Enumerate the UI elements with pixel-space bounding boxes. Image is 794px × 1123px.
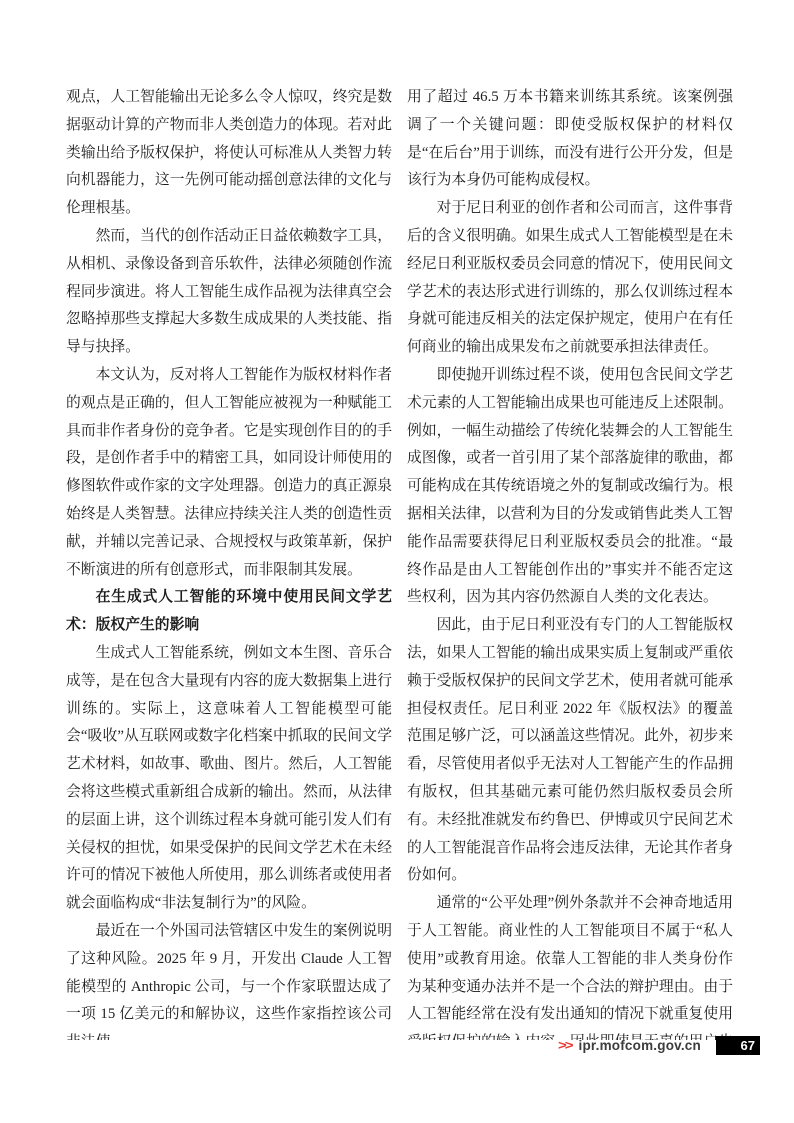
page-number-badge: 67 [716,1036,760,1055]
paragraph: 然而，当代的创作活动正日益依赖数字工具，从相机、录像设备到音乐软件，法律必须随创… [66,223,392,362]
document-page: 观点，人工智能输出无论多么令人惊叹，终究是数据驱动计算的产物而非人类创造力的体现… [0,0,794,1123]
paragraph: 生成式人工智能系统，例如文本生图、音乐合成等，是在包含大量现有内容的庞大数据集上… [66,640,392,918]
right-column: 用了超过 46.5 万本书籍来训练其系统。该案例强调了一个关键问题：即使受版权保… [407,84,733,1040]
paragraph: 即使抛开训练过程不谈，使用包含民间文学艺术元素的人工智能输出成果也可能违反上述限… [407,362,733,612]
page-number: 67 [740,1038,754,1053]
paragraph: 因此，由于尼日利亚没有专门的人工智能版权法，如果人工智能的输出成果实质上复制或严… [407,612,733,890]
paragraph: 本文认为，反对将人工智能作为版权材料作者的观点是正确的，但人工智能应被视为一种赋… [66,362,392,584]
chevron-right-icon: >> [558,1039,572,1052]
paragraph: 用了超过 46.5 万本书籍来训练其系统。该案例强调了一个关键问题：即使受版权保… [407,84,733,195]
paragraph: 对于尼日利亚的创作者和公司而言，这件事背后的含义很明确。如果生成式人工智能模型是… [407,195,733,362]
paragraph: 最近在一个外国司法管辖区中发生的案例说明了这种风险。2025 年 9 月，开发出… [66,918,392,1040]
paragraph: 观点，人工智能输出无论多么令人惊叹，终究是数据驱动计算的产物而非人类创造力的体现… [66,84,392,223]
footer-site-url: ipr.mofcom.gov.cn [579,1038,701,1053]
paragraph: 通常的“公平处理”例外条款并不会神奇地适用于人工智能。商业性的人工智能项目不属于… [407,890,733,1040]
left-column: 观点，人工智能输出无论多么令人惊叹，终究是数据驱动计算的产物而非人类创造力的体现… [66,84,392,1040]
page-footer: >> ipr.mofcom.gov.cn 67 [558,1035,760,1055]
section-heading: 在生成式人工智能的环境中使用民间文学艺术：版权产生的影响 [66,584,392,640]
